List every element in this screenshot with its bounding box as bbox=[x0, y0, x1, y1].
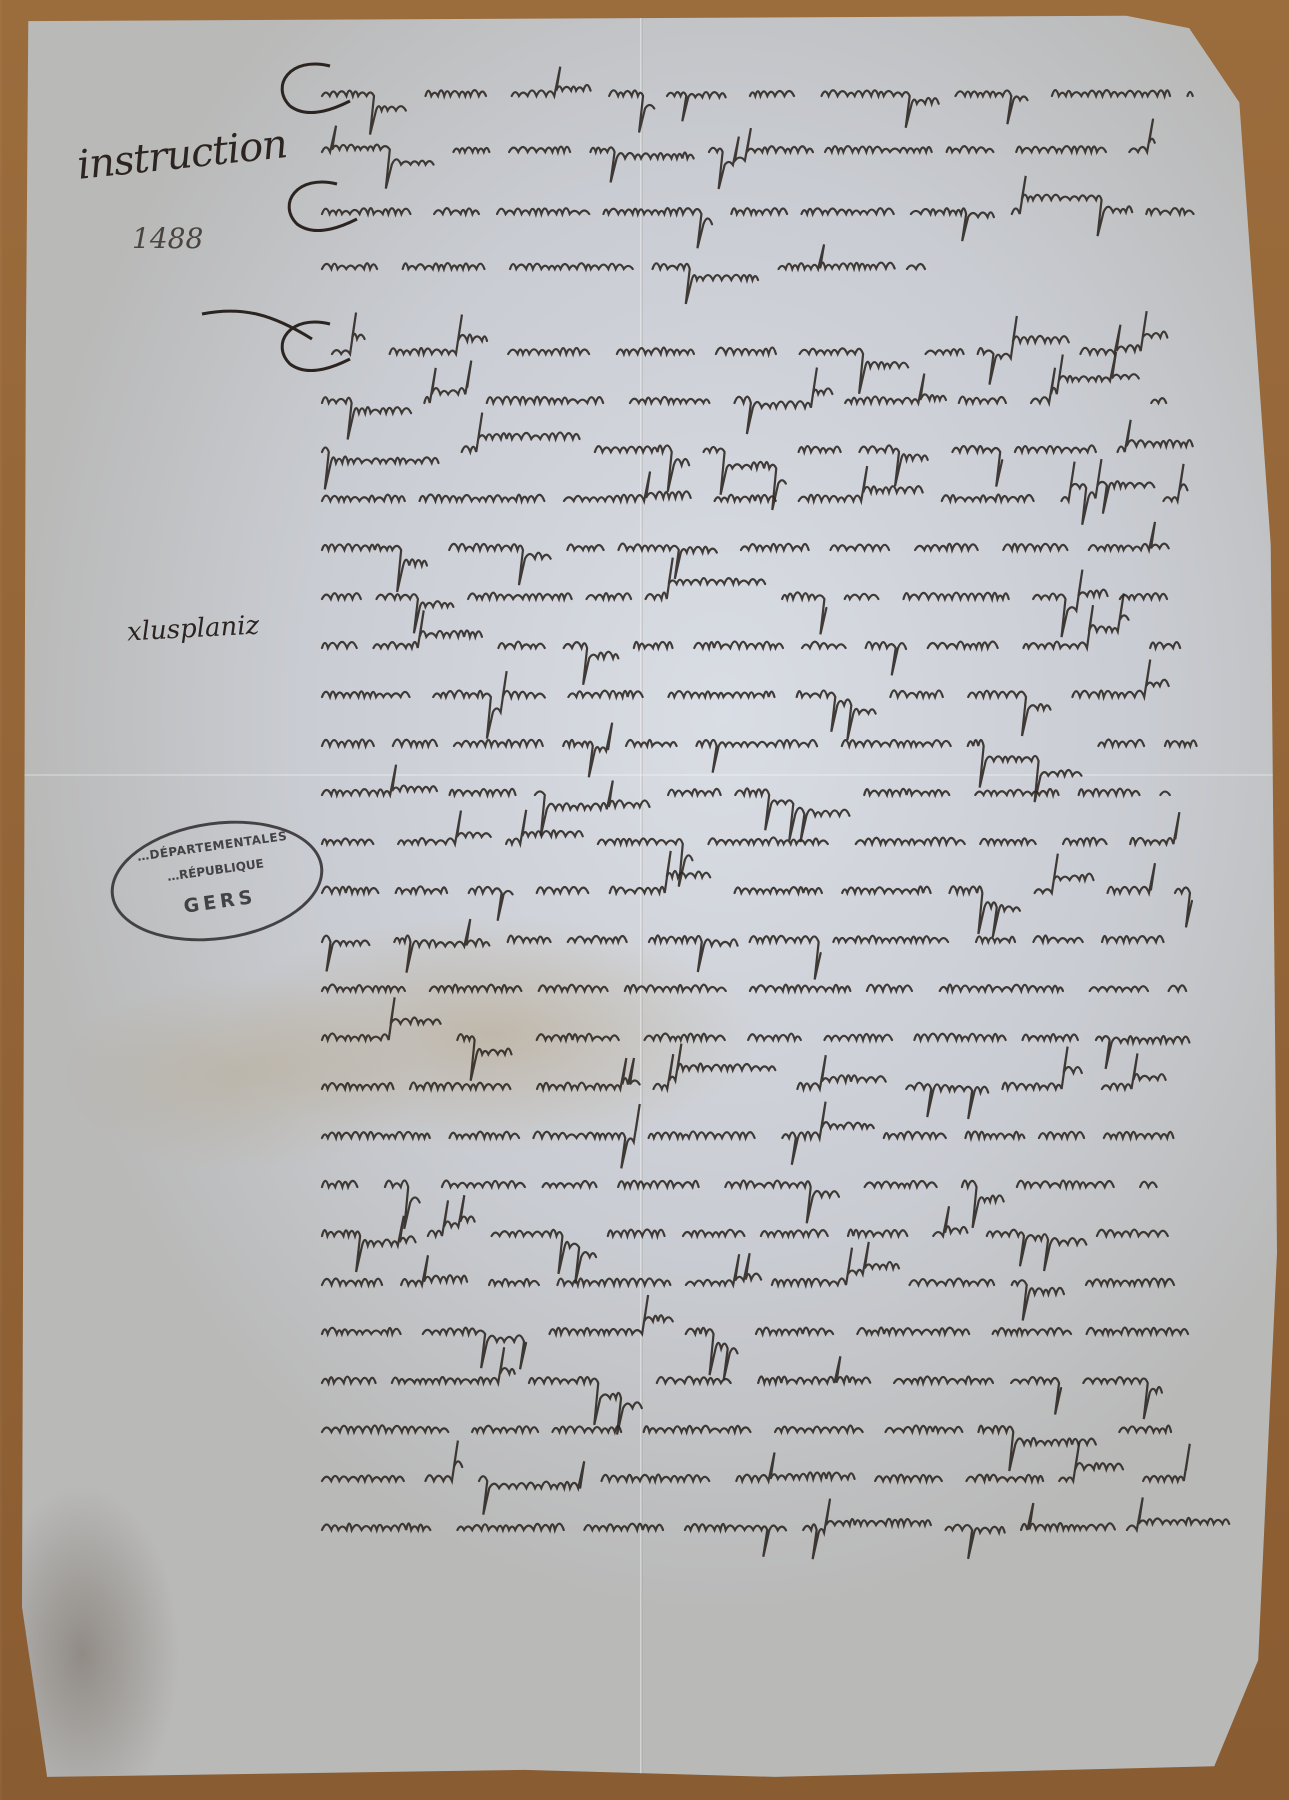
handwritten-line bbox=[322, 1425, 1187, 1471]
handwritten-line bbox=[322, 67, 1220, 135]
handwritten-line bbox=[322, 176, 1215, 248]
handwritten-line bbox=[322, 1347, 1186, 1434]
handwritten-line bbox=[322, 1195, 1188, 1283]
handwritten-line bbox=[322, 765, 1197, 842]
handwritten-line bbox=[322, 1044, 1182, 1119]
decorative-initial bbox=[282, 64, 350, 112]
decorative-initial bbox=[289, 182, 357, 230]
handwritten-line bbox=[322, 459, 1207, 525]
handwritten-line bbox=[322, 558, 1188, 637]
handwritten-line bbox=[322, 244, 952, 304]
handwritten-line bbox=[322, 352, 1190, 439]
handwritten-line bbox=[322, 1498, 1247, 1560]
handwritten-line bbox=[322, 1242, 1197, 1321]
manuscript-page: instruction 1488 xlusplaniz …DÉPARTEMENT… bbox=[22, 14, 1277, 1784]
handwritten-line bbox=[322, 413, 1214, 510]
handwritten-line bbox=[322, 119, 1179, 189]
handwritten-line bbox=[322, 1180, 1180, 1228]
handwriting-strokes bbox=[22, 14, 1277, 1784]
handwritten-line bbox=[322, 984, 1203, 991]
handwritten-line bbox=[322, 1102, 1189, 1169]
handwritten-line bbox=[322, 660, 1186, 740]
handwritten-line bbox=[322, 919, 1184, 979]
handwritten-line bbox=[322, 851, 1207, 937]
handwritten-text-block bbox=[22, 14, 1277, 1784]
handwritten-line bbox=[322, 1441, 1203, 1515]
handwritten-line bbox=[322, 810, 1200, 887]
handwritten-line bbox=[322, 1295, 1205, 1380]
